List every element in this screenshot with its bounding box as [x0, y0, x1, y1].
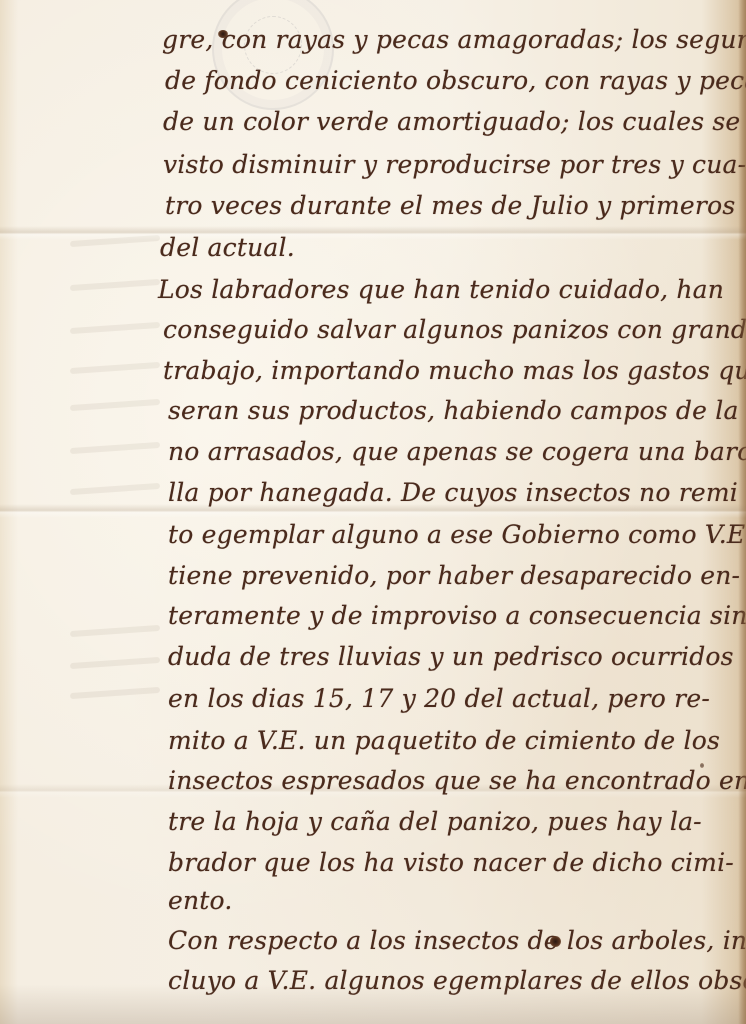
text-line: teramente y de improviso a consecuencia … [168, 601, 746, 630]
manuscript-page: gre, con rayas y pecas amagoradas; los s… [0, 0, 746, 1024]
text-line: del actual. [160, 233, 295, 262]
text-line: visto disminuir y reproducirse por tres … [163, 150, 746, 179]
text-line: no arrasados, que apenas se cogera una b… [168, 437, 746, 466]
text-line: de un color verde amortiguado; los cuale… [163, 107, 746, 136]
text-line: tiene prevenido, por haber desaparecido … [168, 561, 740, 590]
text-line: insectos espresados que se ha encontrado… [168, 766, 746, 795]
text-line: Con respecto a los insectos de los arbol… [168, 926, 746, 955]
text-line: en los dias 15, 17 y 20 del actual, pero… [168, 684, 710, 713]
ink-spot [700, 763, 704, 768]
text-line: tro veces durante el mes de Julio y prim… [165, 191, 735, 220]
text-line: lla por hanegada. De cuyos insectos no r… [168, 478, 738, 507]
paper-stain [0, 984, 746, 1024]
text-line: brador que los ha visto nacer de dicho c… [168, 848, 734, 877]
text-line: gre, con rayas y pecas amagoradas; los s… [162, 25, 746, 54]
text-line: duda de tres lluvias y un pedrisco ocurr… [168, 642, 734, 671]
paper-edge [738, 0, 746, 1024]
text-line: mito a V.E. un paquetito de cimiento de … [168, 726, 720, 755]
ink-blot [218, 30, 228, 38]
text-line: tre la hoja y caña del panizo, pues hay … [168, 807, 702, 836]
text-line: to egemplar alguno a ese Gobierno como V… [168, 520, 746, 549]
text-line: conseguido salvar algunos panizos con gr… [163, 315, 746, 344]
text-line: ento. [168, 886, 233, 915]
text-line: seran sus productos, habiendo campos de … [168, 396, 739, 425]
ink-blot [550, 936, 561, 947]
text-line: de fondo ceniciento obscuro, con rayas y… [165, 66, 746, 95]
text-line: Los labradores que han tenido cuidado, h… [158, 275, 724, 304]
text-line: trabajo, importando mucho mas los gastos… [163, 356, 746, 385]
handwritten-text: gre, con rayas y pecas amagoradas; los s… [0, 0, 746, 1024]
